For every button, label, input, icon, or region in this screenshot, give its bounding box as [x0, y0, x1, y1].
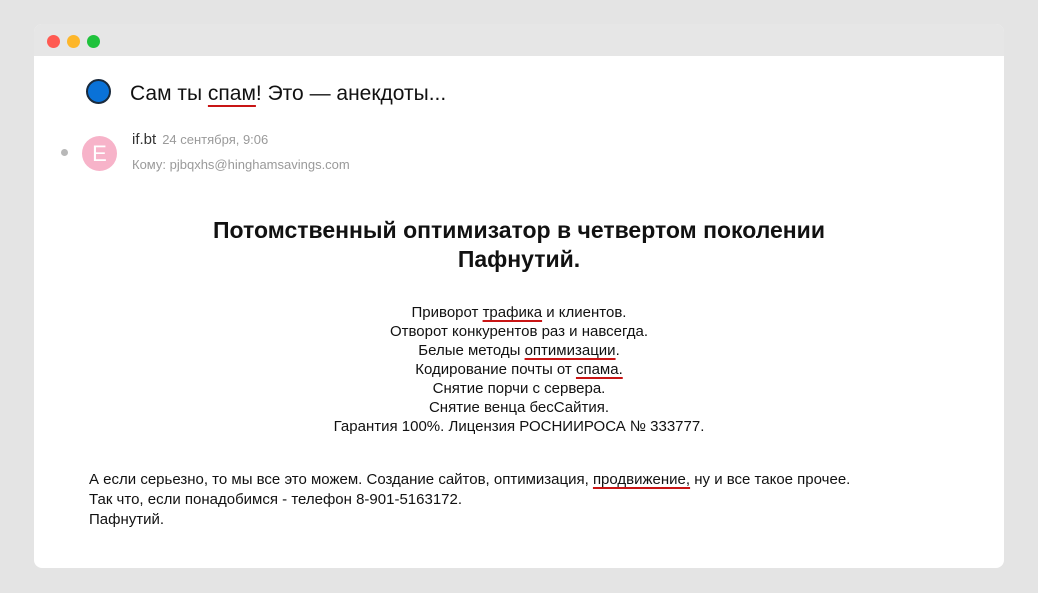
- para-line-3: Пафнутий.: [89, 510, 850, 530]
- list-item: Приворот трафика и клиентов.: [34, 303, 1004, 322]
- sender-line: if.bt24 сентября, 9:06: [132, 131, 268, 148]
- title-bar: [34, 24, 1004, 56]
- list-item: Снятие венца бесСайтия.: [34, 398, 1004, 417]
- sender-name[interactable]: if.bt: [132, 131, 156, 148]
- recipient-label: Кому:: [132, 157, 166, 172]
- list-item: Белые методы оптимизации.: [34, 341, 1004, 360]
- offer-list: Приворот трафика и клиентов. Отворот кон…: [34, 303, 1004, 436]
- subject-text-rest: ! Это — анекдоты...: [256, 82, 446, 105]
- email-subject: Сам ты спам! Это — анекдоты...: [130, 82, 446, 106]
- para-line-1: А если серьезно, то мы все это можем. Со…: [89, 470, 850, 490]
- closing-paragraph: А если серьезно, то мы все это можем. Со…: [89, 470, 850, 530]
- para-line-2: Так что, если понадобимся - телефон 8-90…: [89, 490, 850, 510]
- email-date: 24 сентября, 9:06: [162, 132, 268, 147]
- close-window-button[interactable]: [47, 35, 60, 48]
- list-item: Снятие порчи с сервера.: [34, 379, 1004, 398]
- headline-line-2: Пафнутий.: [34, 245, 1004, 274]
- list-item: Кодирование почты от спама.: [34, 360, 1004, 379]
- subject-flagged-word: спам: [208, 82, 256, 105]
- unread-dot-icon: [61, 149, 68, 156]
- list-item: Гарантия 100%. Лицензия РОСНИИРОСА № 333…: [34, 417, 1004, 436]
- sender-avatar[interactable]: E: [82, 136, 117, 171]
- status-circle-icon: [86, 79, 111, 104]
- email-headline: Потомственный оптимизатор в четвертом по…: [34, 216, 1004, 274]
- subject-text: Сам ты: [130, 82, 208, 105]
- headline-line-1: Потомственный оптимизатор в четвертом по…: [34, 216, 1004, 245]
- minimize-window-button[interactable]: [67, 35, 80, 48]
- maximize-window-button[interactable]: [87, 35, 100, 48]
- list-item: Отворот конкурентов раз и навсегда.: [34, 322, 1004, 341]
- email-window: Сам ты спам! Это — анекдоты... E if.bt24…: [34, 24, 1004, 568]
- recipient-address[interactable]: pjbqxhs@hinghamsavings.com: [170, 157, 350, 172]
- recipient-line: Кому: pjbqxhs@hinghamsavings.com: [132, 157, 350, 172]
